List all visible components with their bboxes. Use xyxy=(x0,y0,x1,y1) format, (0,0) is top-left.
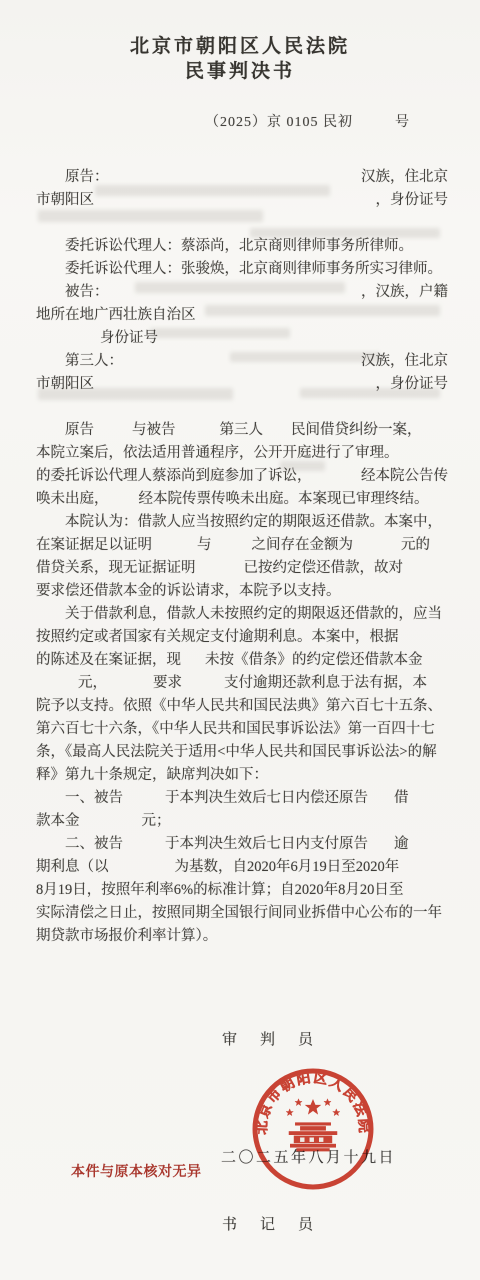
redacted-text xyxy=(94,432,132,434)
redacted-text xyxy=(107,685,153,687)
doc-line: 院予以支持。依照《中华人民共和国民法典》第六百七十五条、 xyxy=(36,695,448,718)
doc-text: ，汉族，户籍 xyxy=(361,284,448,300)
redacted-text xyxy=(176,432,220,434)
doc-text: 关于借款利息，借款人未按照约定的期限返还借款的，应当 xyxy=(65,606,442,622)
doc-text: 要求偿还借款本金的诉讼请求，本院予以支持。 xyxy=(36,583,341,599)
doc-text: 要求 xyxy=(153,675,182,691)
doc-line: 原告与被告第三人民间借贷纠纷一案， xyxy=(36,419,448,442)
doc-line: 在案证据足以证明与之间存在金额为元的 xyxy=(36,534,448,557)
doc-text: 之间存在金额为 xyxy=(252,537,354,553)
doc-line: 的陈述及在案证据，现未按《借条》的约定偿还借款本金 xyxy=(36,649,448,672)
doc-line: 条，《最高人民法院关于适用<中华人民共和国民事诉讼法>的解 xyxy=(36,741,448,764)
doc-line: 一、被告于本判决生效后七日内偿还原告借 xyxy=(36,787,448,810)
doc-text: 第六百七十六条，《中华人民共和国民事诉讼法》第一百四十七 xyxy=(36,721,435,737)
doc-line: 期贷款市场报价利率计算）。 xyxy=(36,925,448,948)
redacted-text xyxy=(123,800,165,802)
doc-line: 的委托诉讼代理人蔡添尚到庭参加了诉讼，经本院公告传 xyxy=(36,465,448,488)
court-name: 北京市朝阳区人民法院 xyxy=(0,34,480,59)
national-emblem-icon xyxy=(286,1099,340,1151)
doc-line: 被告：，汉族，户籍 xyxy=(36,281,448,304)
doc-line: 唤未出庭，经本院传票传唤未出庭。本案现已审理终结。 xyxy=(36,488,448,511)
redacted-text xyxy=(353,111,395,113)
redacted-text xyxy=(181,662,205,664)
doc-text: 第三人： xyxy=(65,353,123,369)
doc-text: 已按约定偿还借款，故对 xyxy=(244,560,404,576)
doc-line: 元，要求支付逾期还款利息于法有据，本 xyxy=(36,672,448,695)
doc-text: 8月19日，按照年利率6%的标准计算；自2020年8月20日至 xyxy=(36,882,403,898)
doc-text: 按照约定或者国家有关规定支付逾期利息。本案中，根据 xyxy=(36,629,399,645)
doc-text: 未按《借条》的约定偿还借款本金 xyxy=(205,652,423,668)
redacted-text xyxy=(263,432,291,434)
redacted-text xyxy=(212,547,252,549)
doc-text: 逾 xyxy=(394,836,409,852)
doc-text: 期贷款市场报价利率计算）。 xyxy=(36,928,217,944)
doc-line: 第六百七十六条，《中华人民共和国民事诉讼法》第一百四十七 xyxy=(36,718,448,741)
doc-text: 元； xyxy=(142,813,171,829)
document-body: 原告：汉族，住北京市朝阳区，身份证号委托诉讼代理人：蔡添尚，北京商则律师事务所律… xyxy=(36,166,448,948)
judge-label: 审 判 员 xyxy=(222,1028,317,1049)
doc-text: 支付逾期还款利息于法有据，本 xyxy=(224,675,427,691)
doc-text: 汉族，住北京 xyxy=(361,353,448,369)
doc-text: 与 xyxy=(197,537,212,553)
redacted-text xyxy=(368,846,394,848)
doc-line: 要求偿还借款本金的诉讼请求，本院予以支持。 xyxy=(36,580,448,603)
doc-text: 委托诉讼代理人：张骏焕，北京商则律师事务所实习律师。 xyxy=(65,261,442,277)
doc-text: 二、被告 xyxy=(65,836,123,852)
redacted-text xyxy=(36,340,100,342)
doc-text: 款本金 xyxy=(36,813,80,829)
doc-text: 民间借贷纠纷一案， xyxy=(291,422,422,438)
redacted-text xyxy=(368,800,394,802)
case-number: （2025）京 0105 民初 号 xyxy=(0,111,480,131)
redacted-text xyxy=(353,547,401,549)
doc-text: 与被告 xyxy=(132,422,176,438)
doc-text: 院予以支持。依照《中华人民共和国民法典》第六百七十五条、 xyxy=(36,698,442,714)
doc-text: ，身份证号 xyxy=(376,192,449,208)
doc-text: 元的 xyxy=(401,537,430,553)
doc-text: 为基数，自2020年6月19日至2020年 xyxy=(175,859,400,875)
doc-line: 释》第九十条规定，缺席判决如下： xyxy=(36,764,448,787)
doc-line: 实际清偿之日止，按照同期全国银行间同业拆借中心公布的一年 xyxy=(36,902,448,925)
doc-line: 二、被告于本判决生效后七日内支付原告逾 xyxy=(36,833,448,856)
redacted-text xyxy=(80,823,142,825)
doc-line: 本院立案后，依法适用普通程序，公开开庭进行了审理。 xyxy=(36,442,448,465)
doc-text: 释》第九十条规定，缺席判决如下： xyxy=(36,767,268,783)
doc-text: 本院立案后，依法适用普通程序，公开开庭进行了审理。 xyxy=(36,445,399,461)
doc-line: 本院认为：借款人应当按照约定的期限返还借款。本案中， xyxy=(36,511,448,534)
redacted-text xyxy=(182,685,224,687)
doc-text: ，身份证号 xyxy=(376,376,449,392)
redacted-text xyxy=(123,846,165,848)
doc-text: 经本院传票传唤未出庭。本案现已审理终结。 xyxy=(139,491,429,507)
doc-line: 借贷关系，现无证据证明已按约定偿还借款，故对 xyxy=(36,557,448,580)
doc-line: 8月19日，按照年利率6%的标准计算；自2020年8月20日至 xyxy=(36,879,448,902)
doc-line: 期利息（以为基数，自2020年6月19日至2020年 xyxy=(36,856,448,879)
doc-line: 关于借款利息，借款人未按照约定的期限返还借款的，应当 xyxy=(36,603,448,626)
doc-text: 借贷关系，现无证据证明 xyxy=(36,560,196,576)
doc-text: 借 xyxy=(394,790,409,806)
doc-text: 原告 xyxy=(65,422,94,438)
doc-text: 的委托诉讼代理人蔡添尚到庭参加了诉讼， xyxy=(36,468,312,484)
doc-text: 本院认为：借款人应当按照约定的期限返还借款。本案中， xyxy=(65,514,442,530)
redacted-text xyxy=(109,501,139,503)
doc-line: 委托诉讼代理人：张骏焕，北京商则律师事务所实习律师。 xyxy=(36,258,448,281)
doc-text: 于本判决生效后七日内偿还原告 xyxy=(165,790,368,806)
doc-text: 元， xyxy=(78,675,107,691)
case-number-suffix: 号 xyxy=(395,111,410,131)
judgment-document-page: 北京市朝阳区人民法院 民事判决书 （2025）京 0105 民初 号 原告：汉族… xyxy=(0,0,480,1280)
doc-text: 在案证据足以证明 xyxy=(36,537,152,553)
doc-text: 期利息（以 xyxy=(36,859,109,875)
doc-text: 第三人 xyxy=(220,422,264,438)
doc-line: 原告：汉族，住北京 xyxy=(36,166,448,189)
doc-text: 经本院公告传 xyxy=(361,468,448,484)
doc-line: 第三人：汉族，住北京 xyxy=(36,350,448,373)
redacted-text xyxy=(152,547,197,549)
doc-text: 条，《最高人民法院关于适用<中华人民共和国民事诉讼法>的解 xyxy=(36,744,437,760)
document-title: 北京市朝阳区人民法院 民事判决书 xyxy=(0,34,480,84)
doc-line: 按照约定或者国家有关规定支付逾期利息。本案中，根据 xyxy=(36,626,448,649)
doc-text: 市朝阳区 xyxy=(36,192,94,208)
doc-text: 一、被告 xyxy=(65,790,123,806)
doc-line: 地所在地广西壮族自治区 xyxy=(36,304,448,327)
redacted-text xyxy=(109,869,175,871)
doc-text: 的陈述及在案证据，现 xyxy=(36,652,181,668)
doc-text: 原告： xyxy=(65,169,109,185)
doc-text: 唤未出庭， xyxy=(36,491,109,507)
doc-line: 市朝阳区，身份证号 xyxy=(36,189,448,212)
doc-line xyxy=(36,212,448,235)
doc-line: 款本金元； xyxy=(36,810,448,833)
doc-line: 市朝阳区，身份证号 xyxy=(36,373,448,396)
redacted-text xyxy=(36,685,78,687)
redacted-text xyxy=(196,570,244,572)
doc-text: 地所在地广西壮族自治区 xyxy=(36,307,196,323)
doc-text: 身份证号 xyxy=(100,330,158,346)
doc-text: 被告： xyxy=(65,284,109,300)
doc-text: 实际清偿之日止，按照同期全国银行间同业拆借中心公布的一年 xyxy=(36,905,442,921)
verify-note: 本件与原本核对无异 xyxy=(71,1161,202,1181)
doc-line: 身份证号 xyxy=(36,327,448,350)
clerk-label: 书 记 员 xyxy=(222,1213,317,1234)
court-seal: 北京市朝阳区人民法院 xyxy=(250,1066,376,1192)
doc-text: 市朝阳区 xyxy=(36,376,94,392)
doc-text: 委托诉讼代理人：蔡添尚，北京商则律师事务所律师。 xyxy=(65,238,413,254)
doc-line: 委托诉讼代理人：蔡添尚，北京商则律师事务所律师。 xyxy=(36,235,448,258)
document-type: 民事判决书 xyxy=(0,59,480,84)
doc-line xyxy=(36,396,448,419)
case-number-prefix: （2025）京 0105 民初 xyxy=(205,111,353,131)
doc-text: 汉族，住北京 xyxy=(361,169,448,185)
doc-text: 于本判决生效后七日内支付原告 xyxy=(165,836,368,852)
